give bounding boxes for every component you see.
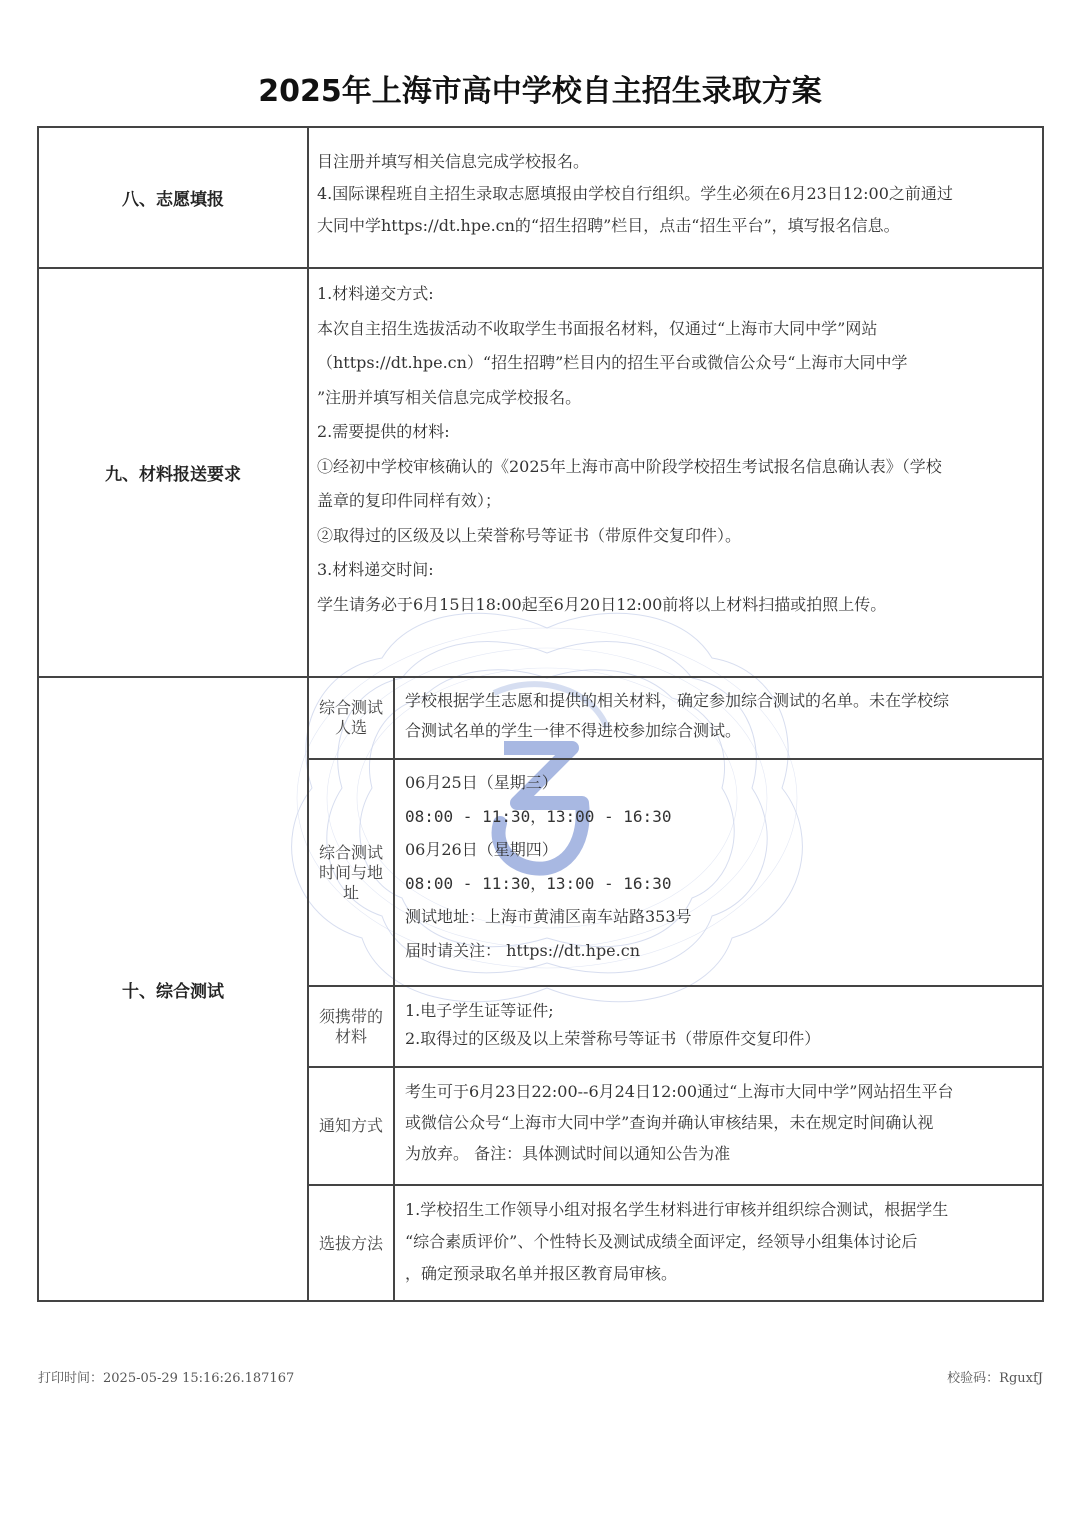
content-line: 4.国际课程班自主招生录取志愿填报由学校自行组织。学生必须在6月23日12:00… — [317, 178, 1034, 210]
test-time-line: 08:00 - 11:30，13:00 - 16:30 — [405, 867, 1034, 901]
subrow-label: 综合测试时间与地址 — [309, 760, 395, 985]
subrow-content: 考生可于6月23日22:00--6月24日12:00通过“上海市大同中学”网站招… — [397, 1068, 1042, 1184]
subrow-content: 学校根据学生志愿和提供的相关材料，确定参加综合测试的名单。未在学校综 合测试名单… — [397, 678, 1042, 758]
content-line: 2.取得过的区级及以上荣誉称号等证书（带原件交复印件） — [405, 1025, 1034, 1053]
section-label: 八、志愿填报 — [39, 128, 309, 267]
subrow-bring-materials: 须携带的材料 1.电子学生证等证件; 2.取得过的区级及以上荣誉称号等证书（带原… — [309, 987, 1042, 1068]
content-line: 1.学校招生工作领导小组对报名学生材料进行审核并组织综合测试，根据学生 — [405, 1194, 1034, 1226]
content-line: ②取得过的区级及以上荣誉称号等证书（带原件交复印件）。 — [317, 519, 1034, 554]
content-line: 1.电子学生证等证件; — [405, 997, 1034, 1025]
content-line: 考生可于6月23日22:00--6月24日12:00通过“上海市大同中学”网站招… — [405, 1076, 1034, 1107]
content-line: （https://dt.hpe.cn）“招生招聘”栏目内的招生平台或微信公众号“… — [317, 346, 1034, 381]
subrow-label: 选拔方法 — [309, 1186, 395, 1302]
content-line: 本次自主招生选拔活动不收取学生书面报名材料，仅通过“上海市大同中学”网站 — [317, 312, 1034, 347]
subrow-label: 通知方式 — [309, 1068, 395, 1184]
section-row-application: 八、志愿填报 目注册并填写相关信息完成学校报名。 4.国际课程班自主招生录取志愿… — [37, 126, 1044, 267]
content-line: 盖章的复印件同样有效）； — [317, 484, 1034, 519]
subrow-label: 须携带的材料 — [309, 987, 395, 1066]
content-line: 目注册并填写相关信息完成学校报名。 — [317, 146, 1034, 178]
test-date-line: 06月26日（星期四） — [405, 833, 1034, 867]
subrow-time-address: 综合测试时间与地址 06月25日（星期三） 08:00 - 11:30，13:0… — [309, 760, 1042, 987]
content-line: 学校根据学生志愿和提供的相关材料，确定参加综合测试的名单。未在学校综 — [405, 686, 1034, 716]
test-time-line: 08:00 - 11:30，13:00 - 16:30 — [405, 800, 1034, 834]
page-title: 2025年上海市高中学校自主招生录取方案 — [0, 70, 1080, 114]
content-line: 大同中学https://dt.hpe.cn的“招生招聘”栏目，点击“招生平台”，… — [317, 210, 1034, 242]
test-date-line: 06月25日（星期三） — [405, 766, 1034, 800]
section-label: 九、材料报送要求 — [39, 269, 309, 676]
content-line: 3.材料递交时间: — [317, 553, 1034, 588]
check-code: 校验码：RguxfJ — [947, 1367, 1043, 1386]
content-line: ①经初中学校审核确认的《2025年上海市高中阶段学校招生考试报名信息确认表》（学… — [317, 450, 1034, 485]
sub-table: 综合测试人选 学校根据学生志愿和提供的相关材料，确定参加综合测试的名单。未在学校… — [309, 678, 1042, 1300]
section-label: 十、综合测试 — [39, 678, 309, 1300]
content-line: 学生请务必于6月15日18:00起至6月20日12:00前将以上材料扫描或拍照上… — [317, 588, 1034, 623]
content-line: 1.材料递交方式: — [317, 277, 1034, 312]
print-time: 打印时间：2025-05-29 15:16:26.187167 — [38, 1367, 294, 1386]
subrow-selection-method: 选拔方法 1.学校招生工作领导小组对报名学生材料进行审核并组织综合测试，根据学生… — [309, 1186, 1042, 1302]
content-line: 合测试名单的学生一律不得进校参加综合测试。 — [405, 716, 1034, 746]
subrow-notification: 通知方式 考生可于6月23日22:00--6月24日12:00通过“上海市大同中… — [309, 1068, 1042, 1186]
test-address-line: 测试地址：上海市黄浦区南车站路353号 — [405, 900, 1034, 934]
content-line: 或微信公众号“上海市大同中学”查询并确认审核结果，未在规定时间确认视 — [405, 1107, 1034, 1138]
content-line: ，确定预录取名单并报区教育局审核。 — [405, 1258, 1034, 1290]
content-line: 2.需要提供的材料: — [317, 415, 1034, 450]
content-line: ”注册并填写相关信息完成学校报名。 — [317, 381, 1034, 416]
content-line: “综合素质评价”、个性特长及测试成绩全面评定，经领导小组集体讨论后 — [405, 1226, 1034, 1258]
section-content: 1.材料递交方式: 本次自主招生选拔活动不收取学生书面报名材料，仅通过“上海市大… — [309, 269, 1042, 676]
section-content: 目注册并填写相关信息完成学校报名。 4.国际课程班自主招生录取志愿填报由学校自行… — [309, 128, 1042, 267]
website-line: 届时请关注： https://dt.hpe.cn — [405, 934, 1034, 968]
subrow-label: 综合测试人选 — [309, 678, 395, 758]
subrow-content: 1.电子学生证等证件; 2.取得过的区级及以上荣誉称号等证书（带原件交复印件） — [397, 987, 1042, 1066]
section-row-comprehensive-test: 十、综合测试 综合测试人选 学校根据学生志愿和提供的相关材料，确定参加综合测试的… — [37, 676, 1044, 1302]
content-line: 为放弃。 备注：具体测试时间以通知公告为准 — [405, 1138, 1034, 1169]
subrow-content: 06月25日（星期三） 08:00 - 11:30，13:00 - 16:30 … — [397, 760, 1042, 985]
subrow-content: 1.学校招生工作领导小组对报名学生材料进行审核并组织综合测试，根据学生 “综合素… — [397, 1186, 1042, 1302]
section-row-materials: 九、材料报送要求 1.材料递交方式: 本次自主招生选拔活动不收取学生书面报名材料… — [37, 267, 1044, 676]
subrow-candidates: 综合测试人选 学校根据学生志愿和提供的相关材料，确定参加综合测试的名单。未在学校… — [309, 678, 1042, 760]
